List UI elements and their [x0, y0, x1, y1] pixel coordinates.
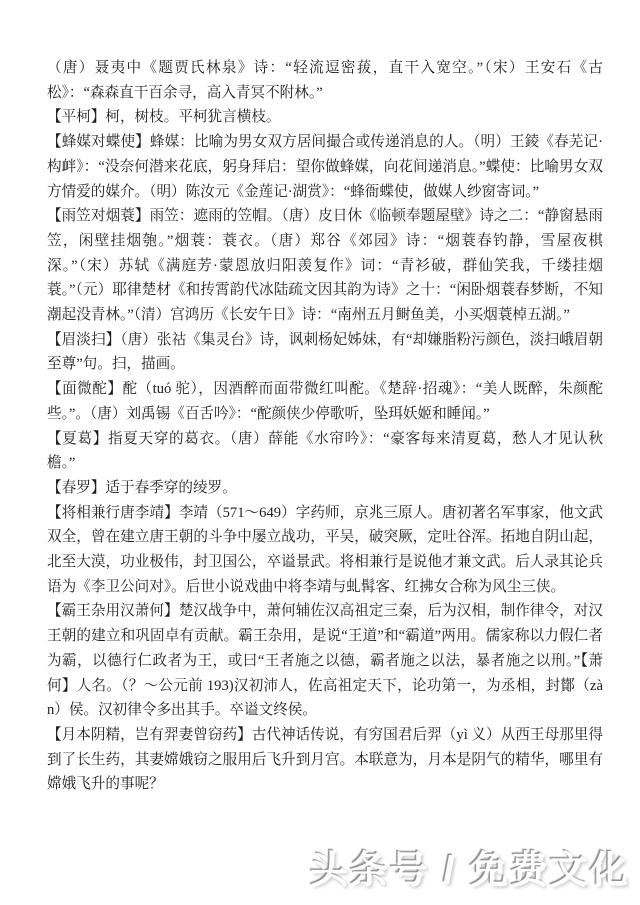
page: （唐）聂夷中《题贾氏林泉》诗：“轻流逗密菝，直干入宽空。”（宋）王安石《古松》：…: [0, 0, 640, 905]
entry-bawang-xiao-he: 【霸王杂用汉萧何】楚汉战争中，萧何辅佐汉高祖定三秦，后为汉相，制作律令，对汉王朝…: [47, 599, 603, 723]
entry-jiangxiang-li-jing: 【将相兼行唐李靖】李靖（571～649）字药师，京兆三原人。唐初著名军事家，他文…: [47, 501, 603, 600]
entry-mei-dan-sao: 【眉淡扫】（唐）张祜《集灵台》诗，讽刺杨妃姊妹，有“却嫌脂粉污颜色，淡扫峨眉朝至…: [47, 328, 603, 377]
entry-pingke: 【平柯】柯，树枝。平柯犹言横枝。: [47, 105, 603, 130]
entry-fengmei-dui-dieshi: 【蜂媒对蝶使】蜂媒：比喻为男女双方居间撮合或传递消息的人。（明）王錂《春芜记·构…: [47, 130, 603, 204]
entry-chun-luo: 【春罗】适于春季穿的绫罗。: [47, 476, 603, 501]
article-body: （唐）聂夷中《题贾氏林泉》诗：“轻流逗密菝，直干入宽空。”（宋）王安石《古松》：…: [47, 56, 603, 797]
entry-mian-wei-tuo: 【面微酡】酡（tuó 驼），因酒醉而面带微红叫酡。《楚辞·招魂》：“美人既醉，朱…: [47, 377, 603, 426]
watermark-toutiao: 头条号 / 免费文化: [310, 839, 630, 893]
entry-yuli-dui-yansuo: 【雨笠对烟蓑】雨笠：遮雨的笠帽。（唐）皮日休《临顿奉题屋壁》诗之二：“静窗悬雨笠…: [47, 204, 603, 328]
paragraph-continuation-nie-yizhong: （唐）聂夷中《题贾氏林泉》诗：“轻流逗密菝，直干入宽空。”（宋）王安石《古松》：…: [47, 56, 603, 105]
entry-yueben-yinjing: 【月本阴精，岂有羿妻曾窃药】古代神话传说，有穷国君后羿（yì 义）从西王母那里得…: [47, 723, 603, 797]
entry-xia-ge: 【夏葛】指夏天穿的葛衣。（唐）薛能《水帘吟》：“豪客每来清夏葛，愁人才见认秋檐。…: [47, 427, 603, 476]
